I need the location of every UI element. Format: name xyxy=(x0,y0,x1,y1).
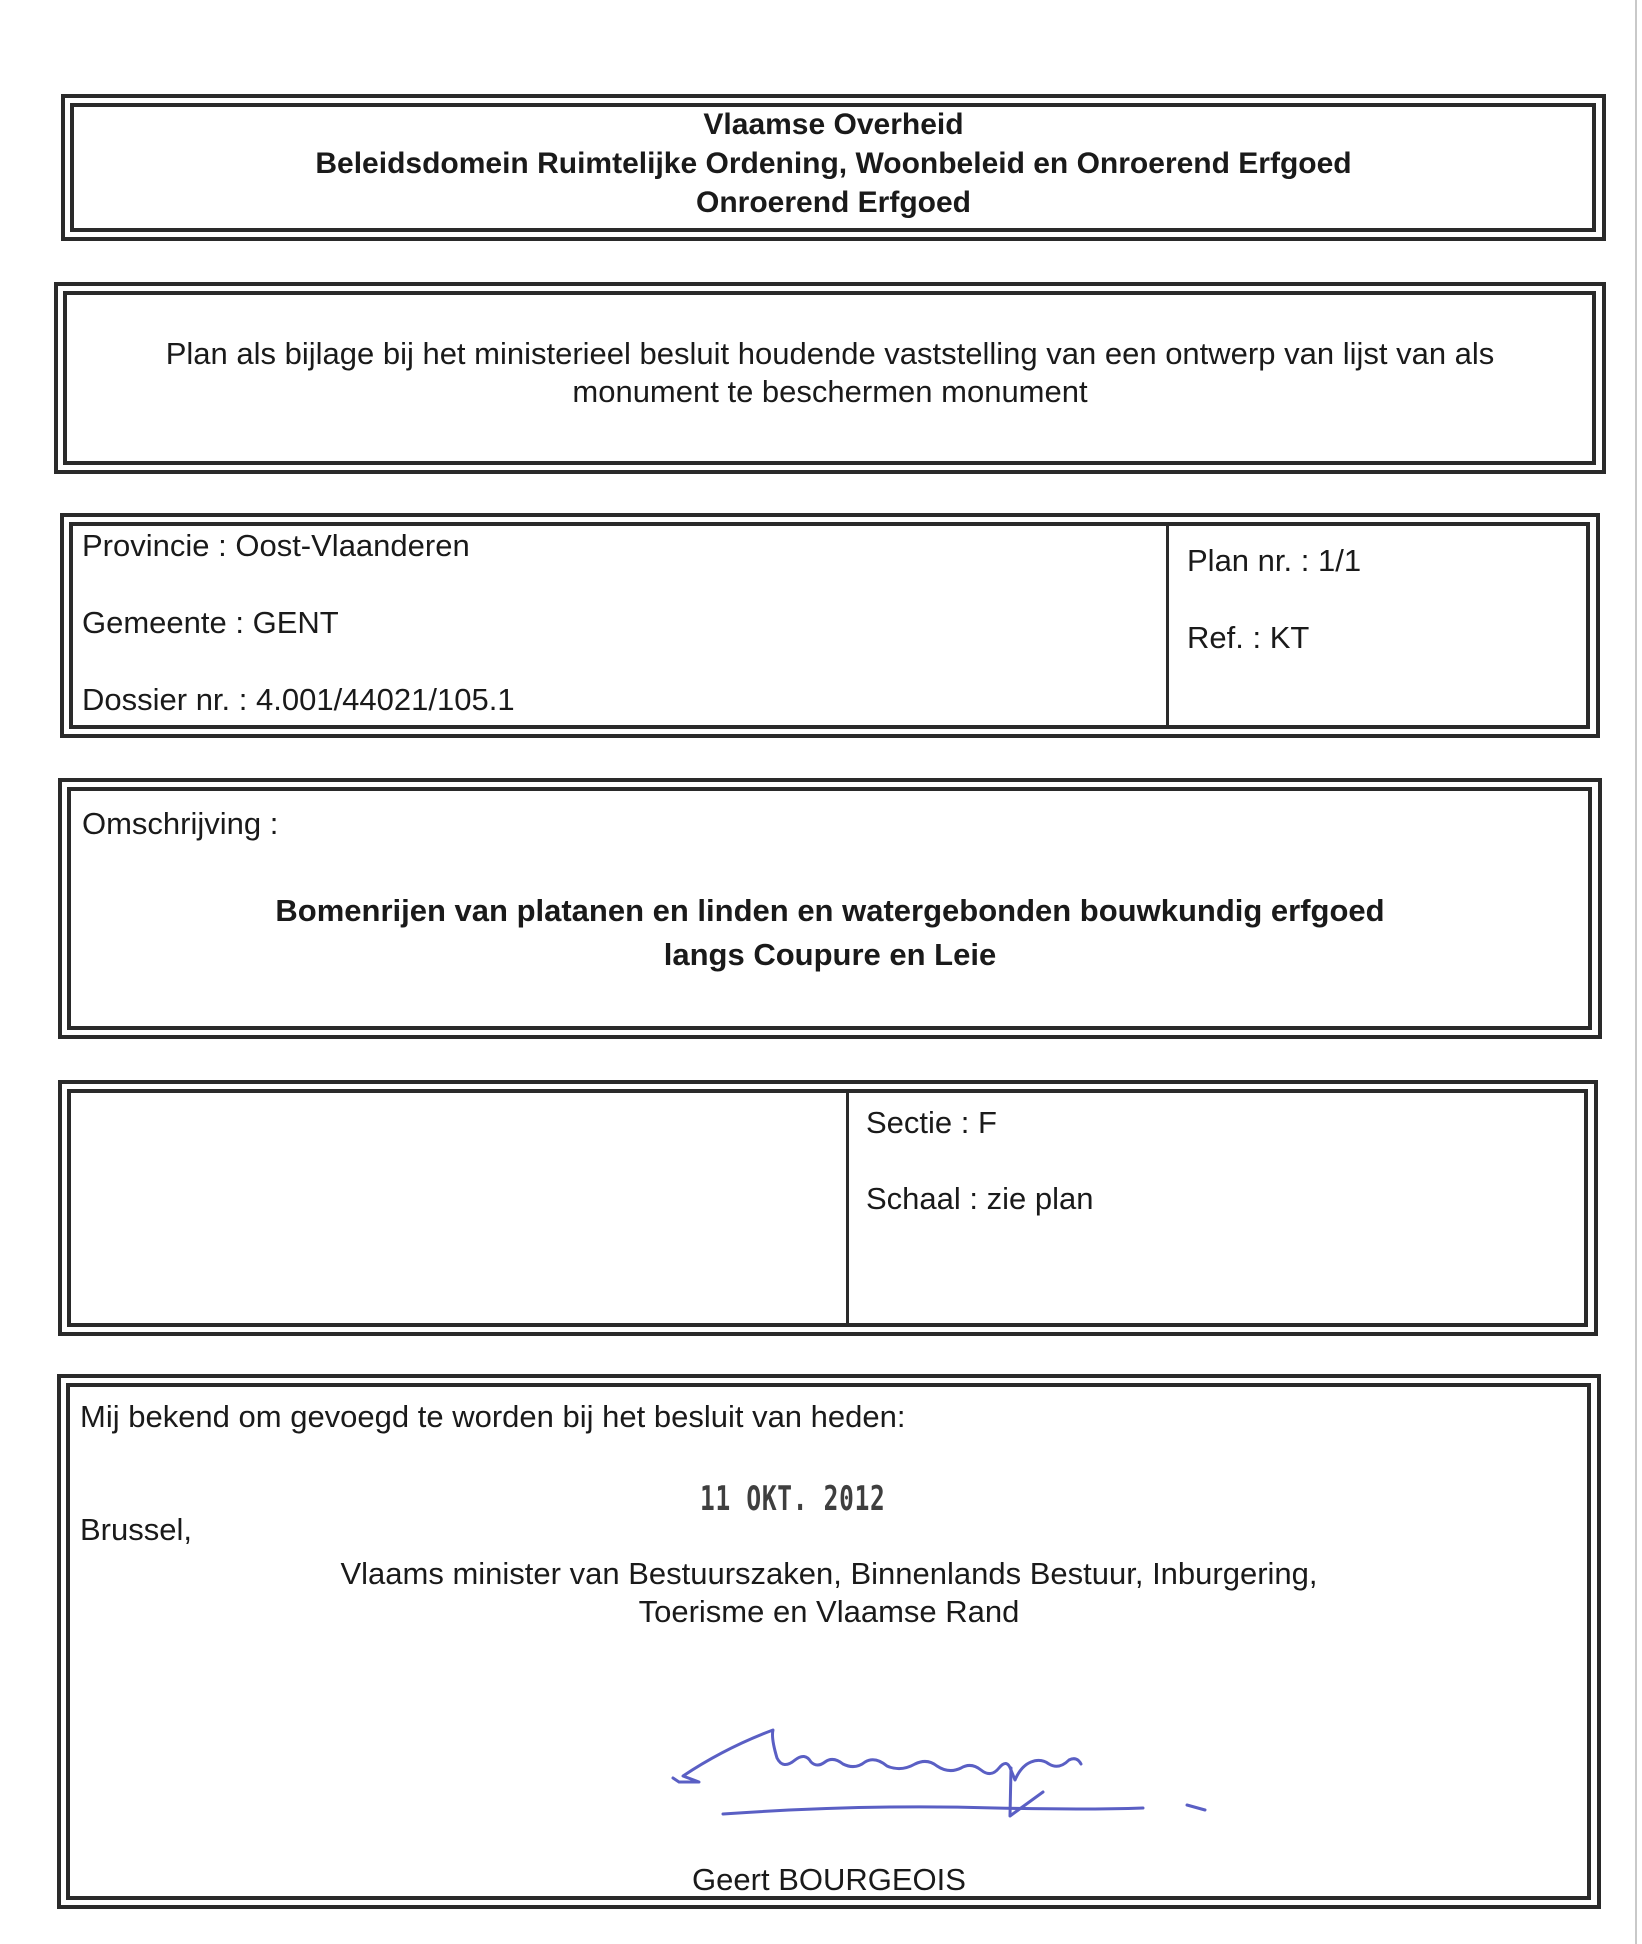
page-edge-line xyxy=(1635,0,1637,1944)
approval-intro-text: Mij bekend om gevoegd te worden bij het … xyxy=(80,1401,905,1432)
description-title-line2: langs Coupure en Leie xyxy=(58,939,1602,970)
purpose-text-line2: monument te beschermen monument xyxy=(54,376,1606,407)
cadastral-box-inner-border xyxy=(67,1089,1588,1327)
signatory-name: Geert BOURGEOIS xyxy=(57,1864,1601,1895)
provincie-field: Provincie : Oost-Vlaanderen xyxy=(82,530,470,561)
purpose-text-line1: Plan als bijlage bij het ministerieel be… xyxy=(54,338,1606,369)
header-org-title: Vlaamse Overheid xyxy=(61,110,1606,140)
header-policy-domain: Beleidsdomein Ruimtelijke Ordening, Woon… xyxy=(61,149,1606,179)
header-agency: Onroerend Erfgoed xyxy=(61,188,1606,218)
cadastral-box xyxy=(58,1080,1598,1336)
place-text: Brussel, xyxy=(80,1514,192,1545)
cadastral-box-divider xyxy=(846,1089,849,1327)
minister-title-line1: Vlaams minister van Bestuurszaken, Binne… xyxy=(57,1558,1601,1589)
schaal-field: Schaal : zie plan xyxy=(866,1183,1093,1214)
description-label: Omschrijving : xyxy=(82,808,278,839)
date-stamp: 11 OKT. 2012 xyxy=(700,1479,886,1519)
gemeente-field: Gemeente : GENT xyxy=(82,607,339,638)
location-box-divider xyxy=(1166,522,1169,729)
dossier-number-field: Dossier nr. : 4.001/44021/105.1 xyxy=(82,684,515,715)
reference-field: Ref. : KT xyxy=(1187,622,1309,653)
sectie-field: Sectie : F xyxy=(866,1107,997,1138)
approval-box xyxy=(57,1374,1601,1909)
description-title-line1: Bomenrijen van platanen en linden en wat… xyxy=(58,895,1602,926)
signature-icon xyxy=(665,1718,1225,1828)
plan-number-field: Plan nr. : 1/1 xyxy=(1187,545,1361,576)
minister-title-line2: Toerisme en Vlaamse Rand xyxy=(57,1596,1601,1627)
